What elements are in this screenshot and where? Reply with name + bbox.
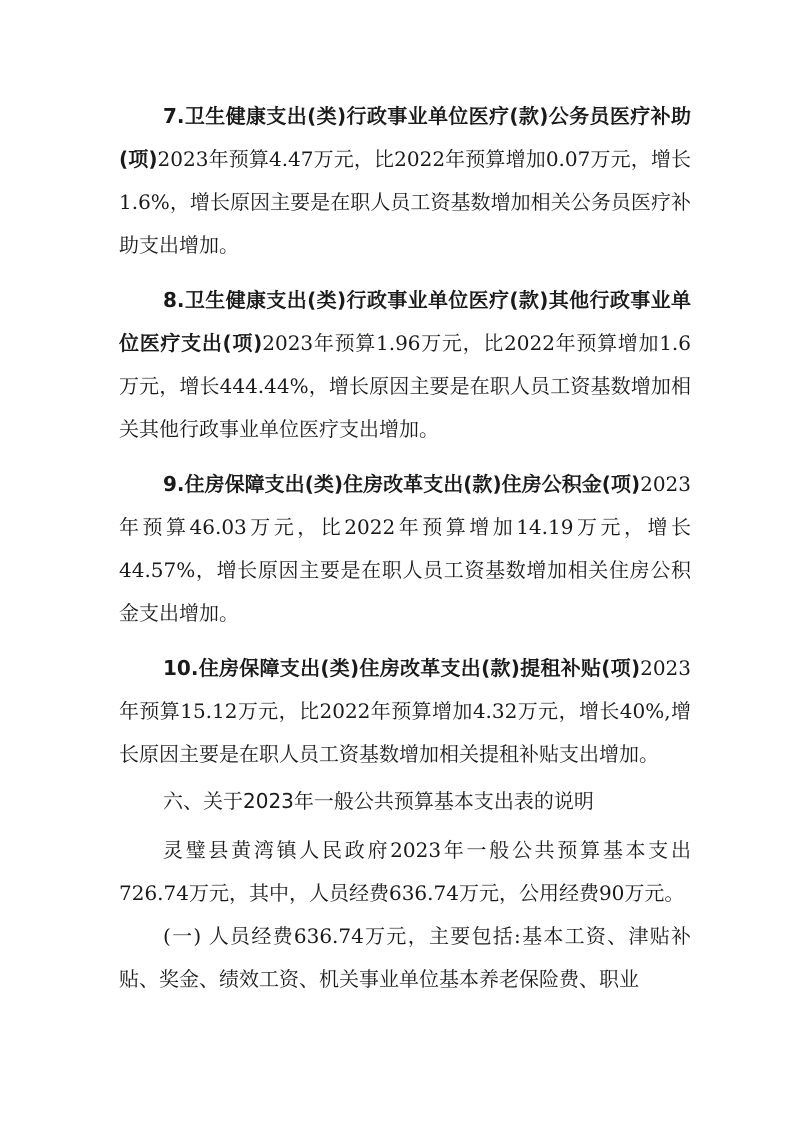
item-9: 9.住房保障支出(类)住房改革支出(款)住房公积金(项)2023年预算46.03…: [119, 463, 691, 635]
document-page: 7.卫生健康支出(类)行政事业单位医疗(款)公务员医疗补助(项)2023年预算4…: [119, 95, 691, 1001]
item-body: 2023年预算4.47万元，比2022年预算增加0.07万元，增长1.6%，增长…: [119, 147, 691, 257]
item-10: 10.住房保障支出(类)住房改革支出(款)提租补贴(项)2023年预算15.12…: [119, 647, 691, 776]
section-paragraph: 灵璧县黄湾镇人民政府2023年一般公共预算基本支出726.74万元，其中，人员经…: [119, 829, 691, 915]
item-title: 10.住房保障支出(类)住房改革支出(款)提租补贴(项): [163, 656, 640, 680]
item-7: 7.卫生健康支出(类)行政事业单位医疗(款)公务员医疗补助(项)2023年预算4…: [119, 95, 691, 267]
section-heading: 六、关于2023年一般公共预算基本支出表的说明: [119, 780, 691, 823]
item-8: 8.卫生健康支出(类)行政事业单位医疗(款)其他行政事业单位医疗支出(项)202…: [119, 279, 691, 451]
item-title: 9.住房保障支出(类)住房改革支出(款)住房公积金(项): [163, 472, 640, 496]
section-paragraph: (一) 人员经费636.74万元，主要包括:基本工资、津贴补贴、奖金、绩效工资、…: [119, 915, 691, 1001]
